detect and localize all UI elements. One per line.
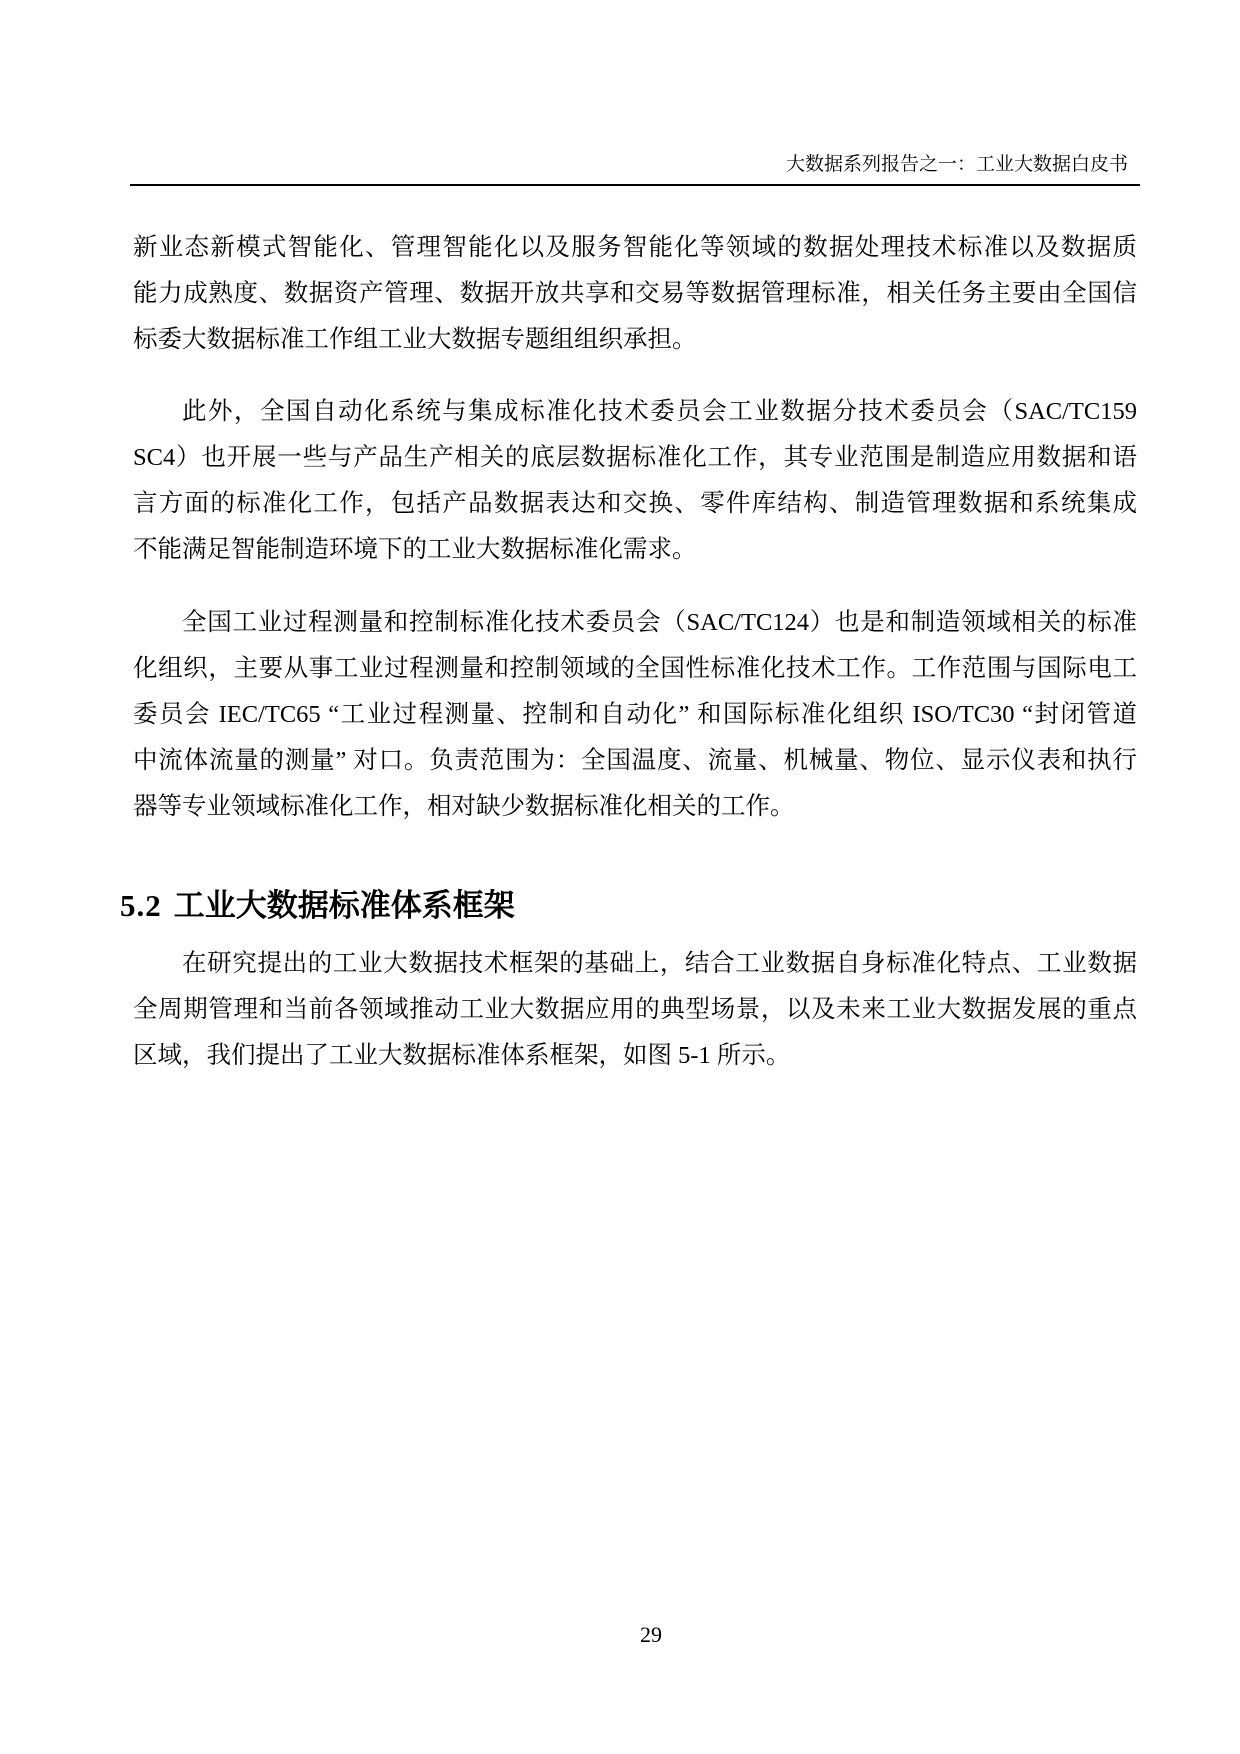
text-line: 不能满足智能制造环境下的工业大数据标准化需求。 bbox=[133, 527, 1137, 573]
text-line: 器等专业领域标准化工作，相对缺少数据标准化相关的工作。 bbox=[133, 784, 1137, 830]
text-line: 全周期管理和当前各领域推动工业大数据应用的典型场景，以及未来工业大数据发展的重点 bbox=[133, 987, 1137, 1033]
text-line: 中流体流量的测量” 对口。负责范围为：全国温度、流量、机械量、物位、显示仪表和执… bbox=[133, 738, 1137, 784]
text-line: 化组织，主要从事工业过程测量和控制领域的全国性标准化技术工作。工作范围与国际电工 bbox=[133, 646, 1137, 692]
paragraph: 新业态新模式智能化、管理智能化以及服务智能化等领域的数据处理技术标准以及数据质量… bbox=[133, 225, 1137, 363]
text-line: 新业态新模式智能化、管理智能化以及服务智能化等领域的数据处理技术标准以及数据质量… bbox=[133, 225, 1137, 271]
heading-number: 5.2 bbox=[120, 888, 162, 923]
header-rule bbox=[130, 184, 1140, 186]
text-line: 在研究提出的工业大数据技术框架的基础上，结合工业数据自身标准化特点、工业数据 bbox=[133, 941, 1137, 987]
paragraph: 全国工业过程测量和控制标准化技术委员会（SAC/TC124）也是和制造领域相关的… bbox=[133, 600, 1137, 830]
paragraph: 在研究提出的工业大数据技术框架的基础上，结合工业数据自身标准化特点、工业数据 全… bbox=[133, 941, 1137, 1079]
text-line: 能力成熟度、数据资产管理、数据开放共享和交易等数据管理标准，相关任务主要由全国信 bbox=[133, 271, 1137, 317]
paragraph: 此外，全国自动化系统与集成标准化技术委员会工业数据分技术委员会（SAC/TC15… bbox=[133, 389, 1137, 573]
text-line: 委员会 IEC/TC65 “工业过程测量、控制和自动化” 和国际标准化组织 IS… bbox=[133, 692, 1137, 738]
text-line: 全国工业过程测量和控制标准化技术委员会（SAC/TC124）也是和制造领域相关的… bbox=[133, 600, 1137, 646]
text-line: 言方面的标准化工作，包括产品数据表达和交换、零件库结构、制造管理数据和系统集成等… bbox=[133, 481, 1137, 527]
heading-title: 工业大数据标准体系框架 bbox=[174, 888, 515, 923]
page-number: 29 bbox=[640, 1622, 662, 1648]
text-line: 此外，全国自动化系统与集成标准化技术委员会工业数据分技术委员会（SAC/TC15… bbox=[133, 389, 1137, 435]
document-page: 大数据系列报告之一：工业大数据白皮书 新业态新模式智能化、管理智能化以及服务智能… bbox=[0, 0, 1240, 1754]
text-line: 标委大数据标准工作组工业大数据专题组组织承担。 bbox=[133, 317, 1137, 363]
section-heading: 5.2工业大数据标准体系框架 bbox=[120, 886, 515, 926]
text-line: 区域，我们提出了工业大数据标准体系框架，如图 5-1 所示。 bbox=[133, 1033, 1137, 1079]
header-title: 大数据系列报告之一：工业大数据白皮书 bbox=[786, 153, 1128, 177]
text-line: SC4）也开展一些与产品生产相关的底层数据标准化工作，其专业范围是制造应用数据和… bbox=[133, 435, 1137, 481]
